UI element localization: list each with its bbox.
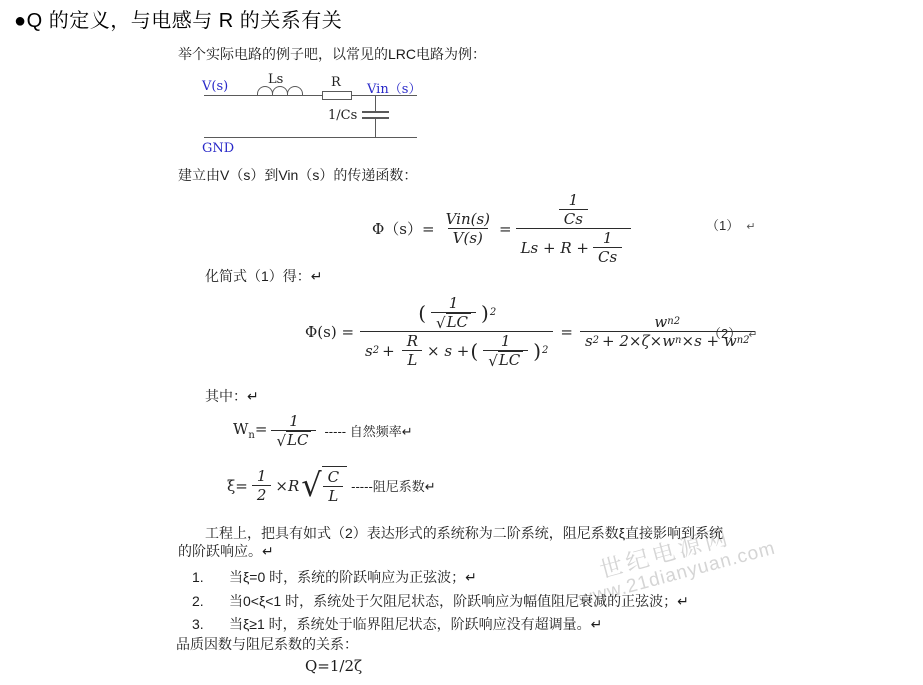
- sqrt-radicand: LC: [498, 351, 523, 369]
- zeta-term: + 2×ζ×w: [602, 332, 675, 350]
- equals-sign: =: [499, 220, 512, 238]
- inductor-coil-arc: [272, 86, 288, 96]
- fraction-num: 1: [598, 229, 618, 247]
- damping-ratio-formula: ξ= 1 2 ×R √ C L -----阻尼系数↵: [227, 466, 436, 505]
- fraction-num: 1: [252, 467, 272, 485]
- squared-exponent: 2: [542, 345, 548, 357]
- sqrt-radicand: C L: [322, 466, 347, 505]
- fraction-num: C: [323, 468, 344, 486]
- formula1-main-fraction: 1 Cs Ls + R + 1 Cs: [516, 191, 632, 266]
- capacitor-plate-top: [362, 111, 389, 113]
- wn-symbol: Wn=: [233, 420, 267, 441]
- times-s-term: × s +: [427, 342, 469, 360]
- fraction-den: L: [402, 350, 422, 369]
- fraction-den: √LC: [271, 430, 316, 449]
- formula2-right-num: wn2: [649, 313, 685, 331]
- formula2-lhs: Φ(s) =: [305, 323, 354, 341]
- fraction-den: Cs: [593, 247, 622, 266]
- inductor-symbol: [257, 86, 302, 96]
- close-paren: ): [481, 303, 489, 323]
- formula2-left-fraction: ( 1 √LC )2 s2 + R L: [360, 294, 553, 370]
- list-item-text: 当ξ=0 时，系统的阶跃响应为正弦波；↵: [229, 569, 477, 585]
- one-over-cs-fraction: 1 Cs: [559, 191, 588, 228]
- formula1-ratio-den: V(s): [448, 228, 488, 247]
- one-over-cs-fraction: 1 Cs: [593, 229, 622, 266]
- list-item: 2.当0<ξ<1 时，系统处于欠阻尼状态，阶跃响应为幅值阻尼衰减的正弦波；↵: [192, 591, 689, 611]
- sqrt-radicand: LC: [446, 313, 471, 331]
- w-term: w: [654, 313, 667, 331]
- sqrt-radicand: LC: [286, 431, 311, 449]
- formula1-ratio-fraction: Vin(s) V(s): [441, 210, 495, 247]
- fraction-den: 2: [252, 485, 272, 504]
- one-over-sqrt-lc: 1 √LC: [431, 294, 476, 331]
- formula1-lhs: Φ（s）=: [372, 218, 435, 239]
- capacitor-lead-bottom: [375, 119, 376, 137]
- inductor-coil-arc: [257, 86, 273, 96]
- bullet-icon: ●: [14, 10, 27, 32]
- c-over-l-fraction: C L: [323, 468, 344, 505]
- equation-1-tag: （1）↵: [706, 215, 755, 234]
- sqrt-sign: √: [276, 433, 286, 450]
- formula1-den-left: Ls + R +: [521, 239, 589, 257]
- squared-exponent: 2: [490, 307, 496, 319]
- squared-exponent: 2: [674, 316, 680, 328]
- list-item: 3.当ξ≥1 时，系统处于临界阻尼状态，阶跃响应没有超调量。↵: [192, 614, 602, 634]
- sqrt-c-over-l: √ C L: [301, 466, 347, 505]
- sqrt-sign: √: [436, 315, 446, 332]
- fraction-den: L: [323, 486, 343, 505]
- equation-number: （2）: [708, 326, 741, 341]
- fraction-num: 1: [496, 332, 516, 350]
- fraction-den: √LC: [483, 350, 528, 369]
- q-equation: Q=1/2ζ: [305, 657, 362, 675]
- times-r-term: ×R: [275, 477, 299, 495]
- one-over-sqrt-lc: 1 √LC: [271, 412, 316, 449]
- fraction-num: 1: [444, 294, 464, 312]
- capacitor-lead-top: [375, 96, 376, 111]
- list-item-number: 2.: [192, 593, 229, 609]
- squared-exponent: 2: [593, 335, 599, 347]
- page-title-text: Q 的定义，与电感与 R 的关系有关: [27, 10, 343, 32]
- circuit-label-gnd: GND: [202, 141, 234, 156]
- lrc-circuit-diagram: V(s) Ls R Vin（s） 1/Cs GND: [200, 75, 428, 157]
- squared-exponent: 2: [373, 345, 379, 357]
- r-over-l-fraction: R L: [402, 332, 423, 369]
- quality-factor-paragraph: 品质因数与阻尼系数的关系：: [176, 635, 358, 653]
- open-paren: (: [418, 303, 426, 323]
- circuit-ground-wire: [204, 137, 417, 138]
- circuit-label-ls: Ls: [268, 72, 283, 87]
- circuit-top-wire: [204, 95, 417, 96]
- equals-sign: =: [255, 420, 268, 438]
- list-item-text: 当0<ξ<1 时，系统处于欠阻尼状态，阶跃响应为幅值阻尼衰减的正弦波；↵: [229, 593, 689, 609]
- formula2-left-den: s2 + R L × s + ( 1 √LC )2: [360, 331, 553, 369]
- fraction-num: 1: [564, 191, 584, 209]
- natural-frequency-formula: Wn= 1 √LC ----- 自然频率↵: [233, 412, 413, 449]
- fraction-den: √LC: [431, 312, 476, 331]
- paragraph-mark-icon: ↵: [748, 328, 757, 341]
- formula1-ratio-num: Vin(s): [441, 210, 495, 228]
- formula1-main-den: Ls + R + 1 Cs: [516, 228, 632, 266]
- engineering-paragraph-line1: 工程上，把具有如式（2）表达形式的系统称为二阶系统，阻尼系数ξ直接影响到系统: [205, 524, 723, 542]
- xi-symbol: ξ=: [227, 477, 248, 495]
- equals-sign: =: [560, 323, 573, 341]
- simplify-paragraph: 化简式（1）得：↵: [205, 267, 323, 285]
- circuit-label-vs: V(s): [202, 79, 228, 94]
- transfer-intro-paragraph: 建立由V（s）到Vin（s）的传递函数：: [178, 166, 417, 184]
- circuit-label-cs: 1/Cs: [328, 108, 357, 123]
- list-item-text: 当ξ≥1 时，系统处于临界阻尼状态，阶跃响应没有超调量。↵: [229, 616, 602, 632]
- paragraph-mark-icon: ↵: [746, 220, 755, 233]
- where-paragraph: 其中：↵: [205, 387, 259, 405]
- formula2-left-num: ( 1 √LC )2: [412, 294, 501, 331]
- one-over-sqrt-lc: 1 √LC: [483, 332, 528, 369]
- plus-sign: +: [382, 342, 395, 360]
- page-title: ●Q 的定义，与电感与 R 的关系有关: [14, 4, 342, 33]
- fraction-den: Cs: [559, 209, 588, 228]
- document-page: 世纪电源网 www.21dianyuan.com ●Q 的定义，与电感与 R 的…: [0, 0, 923, 685]
- s-term: s: [365, 342, 373, 360]
- sqrt-sign: √: [301, 473, 321, 499]
- engineering-paragraph-line2: 的阶跃响应。↵: [178, 542, 274, 560]
- one-half-fraction: 1 2: [252, 467, 272, 504]
- list-item-number: 1.: [192, 569, 229, 585]
- list-item: 1.当ξ=0 时，系统的阶跃响应为正弦波；↵: [192, 567, 477, 587]
- s-term: s: [585, 332, 593, 350]
- sqrt-sign: √: [488, 353, 498, 370]
- damping-ratio-label: -----阻尼系数↵: [351, 476, 436, 495]
- fraction-num: R: [402, 332, 423, 350]
- inductor-coil-arc: [287, 86, 303, 96]
- equation-2-tag: （2）↵: [708, 323, 757, 342]
- open-paren: (: [470, 341, 478, 361]
- resistor-symbol: [322, 91, 352, 100]
- equation-number: （1）: [706, 218, 739, 233]
- list-item-number: 3.: [192, 616, 229, 632]
- natural-frequency-label: ----- 自然频率↵: [324, 421, 412, 440]
- close-paren: ): [533, 341, 541, 361]
- formula-2: Φ(s) = ( 1 √LC )2 s2 +: [305, 294, 759, 370]
- formula1-main-num: 1 Cs: [550, 191, 597, 228]
- circuit-label-r: R: [331, 75, 341, 90]
- fraction-num: 1: [284, 412, 304, 430]
- formula-1: Φ（s）= Vin(s) V(s) = 1 Cs Ls + R + 1 Cs: [372, 191, 635, 266]
- intro-paragraph: 举个实际电路的例子吧，以常见的LRC电路为例：: [178, 45, 486, 63]
